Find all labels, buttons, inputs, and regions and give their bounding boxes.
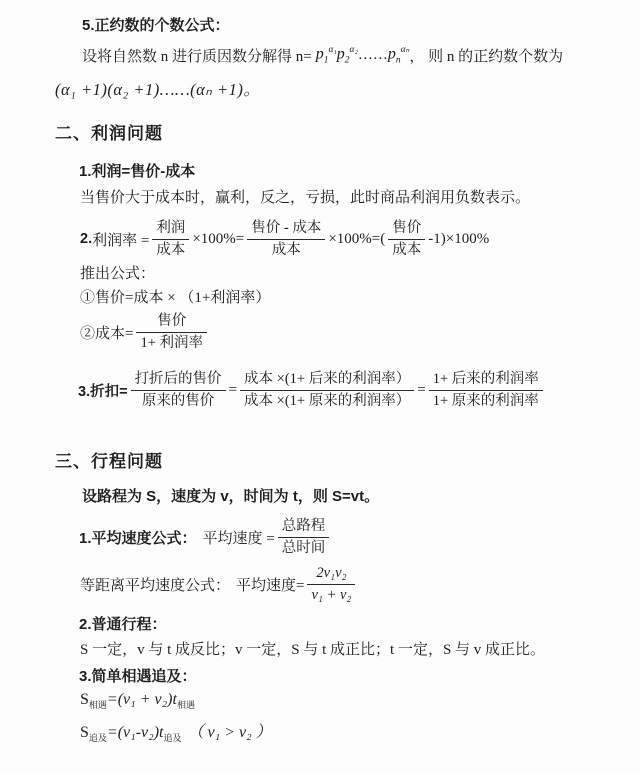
discount-eq1: =	[229, 382, 237, 399]
equal-distance-avg-speed-formula: 等距离平均速度公式： 平均速度= 2v₁v₂v₁ + v₂	[80, 562, 358, 606]
discount-eq2: =	[417, 382, 425, 399]
meet-formula: S相遇=(v₁ + v₂)t相遇	[80, 691, 195, 711]
times-100-3: -1)×100%	[428, 231, 489, 248]
chase-formula: S追及=(v₁-v₂)t追及（ v₁ > v₂ ）	[80, 719, 272, 744]
profit-rate-number: 2.	[80, 231, 92, 247]
divisor-result-formula: (α₁ +1)(α₂ +1)……(αₙ +1)。	[55, 76, 260, 100]
factor-pn: pnαₙ	[388, 44, 410, 66]
meet-S-sub: 相遇	[89, 700, 107, 710]
profit-item1-heading: 1.利润=售价-成本	[79, 160, 195, 181]
divisor-intro-pre: 设将自然数 n 进行质因数分解得 n=	[82, 45, 312, 66]
chase-S: S	[80, 724, 89, 741]
factor-p1: p1α₁	[316, 45, 337, 66]
chase-t-sub: 追及	[163, 733, 181, 743]
profit-rate-formula: 2. 利润率 = 利润成本 ×100%= 售价 - 成本成本 ×100%=( 售…	[80, 219, 489, 259]
chase-S-sub: 追及	[89, 733, 107, 743]
equal-distance-pre: 平均速度=	[236, 574, 304, 595]
travel-intro: 设路程为 S，速度为 v，时间为 t，则 S=vt。	[82, 485, 379, 506]
meet-chase-heading: 3.简单相遇追及：	[79, 665, 197, 686]
discount-formula: 3.折扣= 打折后的售价原来的售价 = 成本 ×(1+ 后来的利润率）成本 ×(…	[78, 368, 546, 412]
fraction-profit-over-cost: 利润成本	[152, 219, 189, 258]
meet-t-sub: 相遇	[177, 700, 195, 710]
fraction-later-over-original-rate: 1+ 后来的利润率1+ 原来的利润率	[429, 370, 543, 409]
divisor-section-heading: 5.正约数的个数公式：	[82, 14, 230, 35]
document-page: 5.正约数的个数公式： 设将自然数 n 进行质因数分解得 n= p1α₁ p2α…	[0, 0, 640, 773]
fraction-cost-times-rate: 成本 ×(1+ 后来的利润率）成本 ×(1+ 原来的利润率）	[240, 370, 414, 409]
times-100-2: ×100%=(	[328, 231, 385, 248]
profit-item1-body: 当售价大于成本时，赢利，反之，亏损，此时商品利润用负数表示。	[80, 186, 530, 207]
divisor-intro-post: ， 则 n 的正约数个数为	[409, 45, 563, 66]
derive-label: 推出公式：	[80, 262, 155, 283]
fraction-distance-over-time: 总路程总时间	[278, 517, 330, 556]
profit-section-title: 二、利润问题	[55, 119, 163, 144]
fraction-2v1v2: 2v₁v₂v₁ + v₂	[307, 564, 355, 603]
discount-label: 3.折扣=	[78, 380, 128, 401]
chase-condition: （ v₁ > v₂ ）	[188, 724, 272, 741]
price-formula: ①售价=成本 × （1+利润率）	[80, 286, 270, 307]
travel-section-title: 三、行程问题	[55, 447, 163, 472]
factor-dots: ……	[358, 47, 388, 64]
fraction-discounted-price: 打折后的售价原来的售价	[131, 370, 226, 409]
meet-mid: =(v₁ + v₂)	[107, 691, 173, 708]
cost-formula: ②成本= 售价1+ 利润率	[80, 312, 210, 352]
profit-rate-label: 利润率 =	[92, 229, 149, 250]
avg-speed-heading: 1.平均速度公式：	[79, 527, 197, 548]
avg-speed-formula: 1.平均速度公式： 平均速度 = 总路程总时间	[79, 517, 332, 557]
ordinary-travel-heading: 2.普通行程：	[79, 613, 167, 634]
cost-formula-pre: ②成本=	[80, 322, 133, 343]
divisor-intro-line: 设将自然数 n 进行质因数分解得 n= p1α₁ p2α₂ …… pnαₙ ， …	[82, 42, 563, 68]
fraction-price-minus-cost: 售价 - 成本成本	[247, 219, 325, 258]
chase-mid: =(v₁-v₂)	[107, 724, 159, 741]
avg-speed-label: 平均速度 =	[203, 527, 275, 548]
fraction-price-over-cost: 售价成本	[388, 219, 425, 258]
meet-S: S	[80, 691, 89, 708]
times-100-1: ×100%=	[192, 231, 244, 248]
factor-p2: p2α₂	[337, 45, 358, 66]
ordinary-travel-body: S 一定，v 与 t 成反比；v 一定，S 与 t 成正比；t 一定，S 与 v…	[80, 638, 545, 659]
equal-distance-label: 等距离平均速度公式：	[80, 574, 230, 595]
fraction-price-over-1plus-rate: 售价1+ 利润率	[136, 312, 207, 351]
